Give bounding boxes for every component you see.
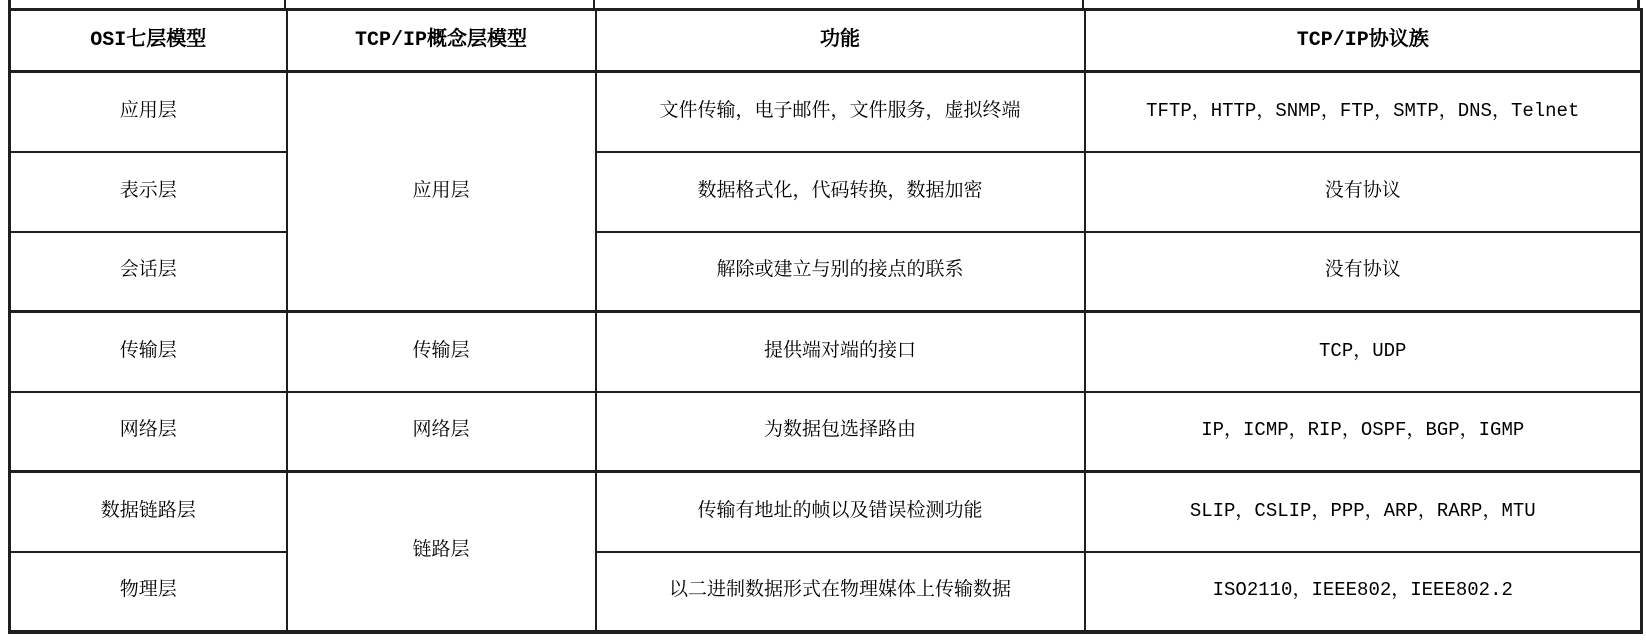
column-header-tcpip-concept-model: TCP/IP概念层模型 [287,10,596,72]
cell-function: 为数据包选择路由 [596,392,1085,472]
cell-tcp-concept-layer-merged: 应用层 [287,72,596,312]
osi-tcpip-table: OSI七层模型 TCP/IP概念层模型 功能 TCP/IP协议族 应用层 应用层… [8,8,1643,634]
cell-protocols: 没有协议 [1085,232,1642,312]
cell-osi-layer: 传输层 [10,312,287,392]
cell-function: 传输有地址的帧以及错误检测功能 [596,472,1085,552]
cell-protocols: IP，ICMP，RIP，OSPF，BGP，IGMP [1085,392,1642,472]
cell-function: 文件传输，电子邮件，文件服务，虚拟终端 [596,72,1085,152]
table-row-session: 会话层 解除或建立与别的接点的联系 没有协议 [10,232,1642,312]
cell-osi-layer: 网络层 [10,392,287,472]
column-header-tcpip-protocol-family: TCP/IP协议族 [1085,10,1642,72]
table-row-physical: 物理层 以二进制数据形式在物理媒体上传输数据 ISO2110，IEEE802，I… [10,552,1642,632]
cell-osi-layer: 应用层 [10,72,287,152]
cell-tcp-concept-layer: 传输层 [287,312,596,392]
cell-function: 以二进制数据形式在物理媒体上传输数据 [596,552,1085,632]
table-row-presentation: 表示层 数据格式化，代码转换，数据加密 没有协议 [10,152,1642,232]
cell-protocols: TCP，UDP [1085,312,1642,392]
table-row-transport: 传输层 传输层 提供端对端的接口 TCP，UDP [10,312,1642,392]
cell-function: 解除或建立与别的接点的联系 [596,232,1085,312]
column-header-osi-model: OSI七层模型 [10,10,287,72]
cell-osi-layer: 数据链路层 [10,472,287,552]
cell-protocols: SLIP，CSLIP，PPP，ARP，RARP，MTU [1085,472,1642,552]
cell-protocols: TFTP，HTTP，SNMP，FTP，SMTP，DNS，Telnet [1085,72,1642,152]
column-header-function: 功能 [596,10,1085,72]
cell-tcp-concept-layer-merged: 链路层 [287,472,596,632]
cell-tcp-concept-layer: 网络层 [287,392,596,472]
cell-function: 数据格式化，代码转换，数据加密 [596,152,1085,232]
table-row-network: 网络层 网络层 为数据包选择路由 IP，ICMP，RIP，OSPF，BGP，IG… [10,392,1642,472]
osi-tcpip-comparison-screenshot: OSI七层模型 TCP/IP概念层模型 功能 TCP/IP协议族 应用层 应用层… [0,0,1646,642]
table-row-application: 应用层 应用层 文件传输，电子邮件，文件服务，虚拟终端 TFTP，HTTP，SN… [10,72,1642,152]
cell-function: 提供端对端的接口 [596,312,1085,392]
header-row: OSI七层模型 TCP/IP概念层模型 功能 TCP/IP协议族 [10,10,1642,72]
cell-osi-layer: 会话层 [10,232,287,312]
cell-osi-layer: 表示层 [10,152,287,232]
cell-protocols: ISO2110，IEEE802，IEEE802.2 [1085,552,1642,632]
cell-protocols: 没有协议 [1085,152,1642,232]
table-row-datalink: 数据链路层 链路层 传输有地址的帧以及错误检测功能 SLIP，CSLIP，PPP… [10,472,1642,552]
cell-osi-layer: 物理层 [10,552,287,632]
